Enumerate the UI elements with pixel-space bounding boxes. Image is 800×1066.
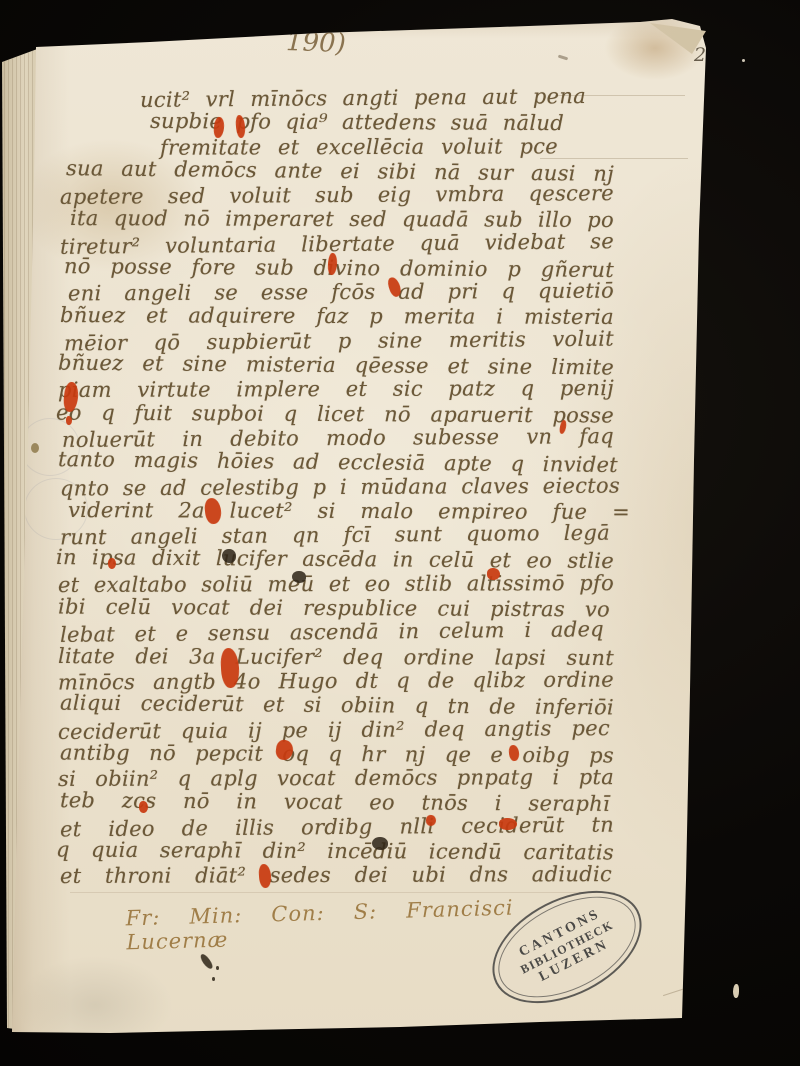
- text-line: piam virtute implere et sic patz q penij: [58, 376, 614, 403]
- folio-number: 2: [694, 44, 706, 66]
- dust-speck: [742, 59, 745, 62]
- text-line: antibg nō pepcit oq q hr nj qe e oibg ps: [60, 741, 614, 769]
- manuscript-page: 190) 2 ucit² vrl mīnōcs angti pena aut p…: [0, 0, 800, 1066]
- dark-ink-blot: [292, 571, 306, 583]
- text-line: supbie pfo qia⁹ attedens suā nālud: [150, 109, 564, 136]
- text-line: eni angeli se esse fcōs ad pri q quietiō: [68, 279, 614, 307]
- dark-ink-blot: [212, 977, 215, 981]
- dark-ink-blot: [222, 549, 236, 563]
- red-ink-mark: [139, 801, 148, 813]
- text-line: litate dei 3a Lucifer² deq ordine lapsi …: [58, 644, 614, 671]
- text-line: q quia seraphī din² incēdiū icendū carit…: [56, 838, 614, 866]
- quire-mark: 190): [285, 27, 346, 59]
- red-ink-mark: [487, 568, 500, 580]
- red-ink-mark: [66, 416, 72, 425]
- text-line: ita quod nō imperaret sed quadā sub illo…: [70, 206, 614, 233]
- text-line: in ipsa dixit lucifer ascēda in celū et …: [56, 545, 614, 574]
- manuscript-photo: 190) 2 ucit² vrl mīnōcs angti pena aut p…: [0, 0, 800, 1066]
- dark-ink-blot: [372, 837, 388, 850]
- text-line: qnto se ad celestibg p i mūdana claves e…: [60, 474, 620, 502]
- red-ink-mark: [108, 558, 116, 569]
- red-ink-mark: [499, 818, 517, 830]
- ink-spot: [31, 443, 39, 453]
- paper-crease: [663, 981, 707, 996]
- exlibris-inscription: Fr: Min: Con: S: Francisci Lucernæ: [125, 896, 514, 955]
- ruling-line: [540, 158, 688, 159]
- page-corner-peek: [733, 984, 739, 998]
- dark-ink-blot: [216, 966, 219, 970]
- text-line: lebat et e sensu ascendā in celum i adeq: [60, 617, 604, 648]
- dark-ink-blot: [199, 953, 214, 971]
- text-line: et exaltabo soliū meū et eo stlib altiss…: [58, 571, 614, 598]
- ruling-line: [70, 892, 615, 893]
- text-line: et throni diāt² sedes dei ubi dns adiudi…: [60, 862, 612, 889]
- text-line: fremitate et excellēcia voluit pce: [160, 134, 558, 160]
- text-line: bñuez et adquirere faz p merita i mister…: [60, 303, 614, 330]
- pen-trial-mark: [558, 55, 568, 61]
